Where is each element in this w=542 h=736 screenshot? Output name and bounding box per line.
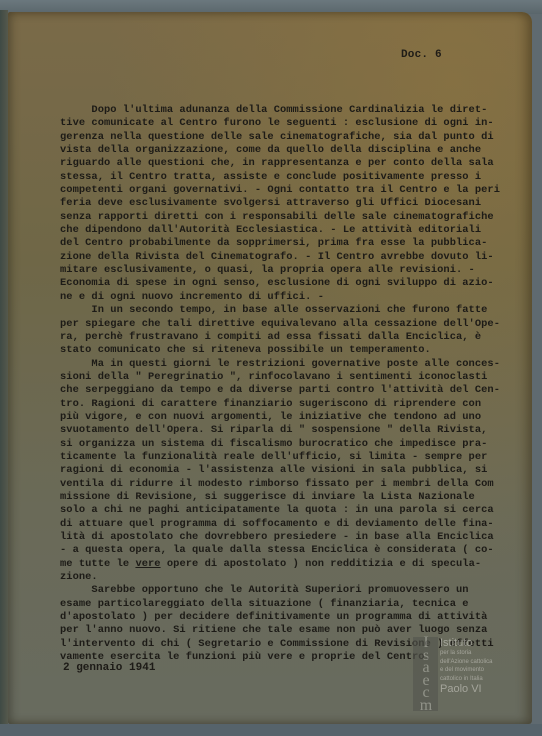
text-line: che serpeggiano da tempo e da diverse pa… (60, 384, 524, 397)
text-line-with-underline: me tutte le vere opere di apostolato ) n… (60, 558, 524, 571)
text-line: per l'anno nuovo. Si ritiene che tale es… (60, 624, 524, 637)
watermark-line: Paolo VI (440, 683, 515, 695)
text-line: competenti organi governativi. - Ogni co… (60, 184, 524, 197)
document-number: Doc. 6 (401, 49, 442, 61)
text-line: ticamente la funzionalità reale dell'uff… (60, 451, 524, 464)
text-line: di attuare quel programma di soffocament… (60, 518, 524, 531)
text-line: tive comunicate al Centro furono le segu… (60, 117, 524, 130)
text-line: tro. Ragioni di carattere finanziario su… (60, 398, 524, 411)
text-line: senza rapporti diretti con i responsabil… (60, 211, 524, 224)
text-line: più vigore, e con nuovi argomenti, le in… (60, 411, 524, 424)
text-line: esame particolareggiato della situazione… (60, 598, 524, 611)
text-line: zione della Rivista del Cinematografo. -… (60, 251, 524, 264)
document-date: 2 gennaio 1941 (63, 662, 155, 674)
text-line: ne e di ogni nuovo incremento di uffici.… (60, 291, 524, 304)
watermark-line: per la storia (440, 649, 515, 658)
text-line: stato comunicato che si riteneva possibi… (60, 344, 524, 357)
archive-watermark-logo: I s a e c m Istituto per la storia dell'… (413, 637, 513, 715)
text-line: d'apostolato ) per decidere definitivame… (60, 611, 524, 624)
watermark-line: dell'Azione cattolica (440, 658, 515, 667)
monogram-letter: m (414, 700, 438, 713)
watermark-monogram: I s a e c m (414, 637, 438, 713)
underlined-word: vere (135, 558, 160, 570)
text-line: sioni della " Peregrinatio ", rinfocolav… (60, 371, 524, 384)
text-line: svuotamento dell'Opera. Si riparla di " … (60, 424, 524, 437)
text-line: missione di Revisione, si suggerisce di … (60, 491, 524, 504)
document-body: Dopo l'ultima adunanza della Commissione… (60, 104, 524, 664)
text-line: del Centro probabilmente da sopprimersi,… (60, 237, 524, 250)
text-line: per spiegare che tali direttive equivale… (60, 318, 524, 331)
text-line: che dipendono dall'Autorità Ecclesiastic… (60, 224, 524, 237)
text-line: stessa, il Centro tratta, assiste e conc… (60, 171, 524, 184)
page-binding-edge (0, 10, 8, 724)
watermark-line: cattolico in Italia (440, 675, 515, 684)
text-line: In un secondo tempo, in base alle osserv… (60, 304, 524, 317)
backdrop-bottom (0, 724, 542, 736)
text-segment: me tutte le (60, 558, 135, 570)
text-line: mitare esclusivamente, o quasi, la propr… (60, 264, 524, 277)
text-line: riguardo alle questioni che, in rapprese… (60, 157, 524, 170)
text-line: Dopo l'ultima adunanza della Commissione… (60, 104, 524, 117)
text-line: ventila di ridurre il modesto rimborso f… (60, 478, 524, 491)
watermark-text: Istituto per la storia dell'Azione catto… (440, 637, 515, 695)
text-line: solo a chi ne paghi anticipatamente la q… (60, 504, 524, 517)
text-line: Sarebbe opportuno che le Autorità Superi… (60, 584, 524, 597)
text-line: ragioni di economia - l'assistenza alle … (60, 464, 524, 477)
watermark-line: Istituto (440, 637, 515, 649)
text-line: vista della organizzazione, come da quel… (60, 144, 524, 157)
text-line: Economia di spese in ogni senso, esclusi… (60, 277, 524, 290)
text-line: feria deve esclusivamente svolgersi attr… (60, 197, 524, 210)
text-line: zione. (60, 571, 524, 584)
text-line: - a questa opera, la quale dalla stessa … (60, 544, 524, 557)
text-line: Ma in questi giorni le restrizioni gover… (60, 358, 524, 371)
text-segment: opere di apostolato ) non redditizia e d… (161, 558, 482, 570)
text-line: lità di apostolato che dovrebbero presie… (60, 531, 524, 544)
text-line: ra, perchè frustravano i compiti ad essa… (60, 331, 524, 344)
text-line: gerenza nella questione delle sale cinem… (60, 131, 524, 144)
watermark-line: e del movimento (440, 666, 515, 675)
text-line: si organizza un sistema di fiscalismo bu… (60, 438, 524, 451)
